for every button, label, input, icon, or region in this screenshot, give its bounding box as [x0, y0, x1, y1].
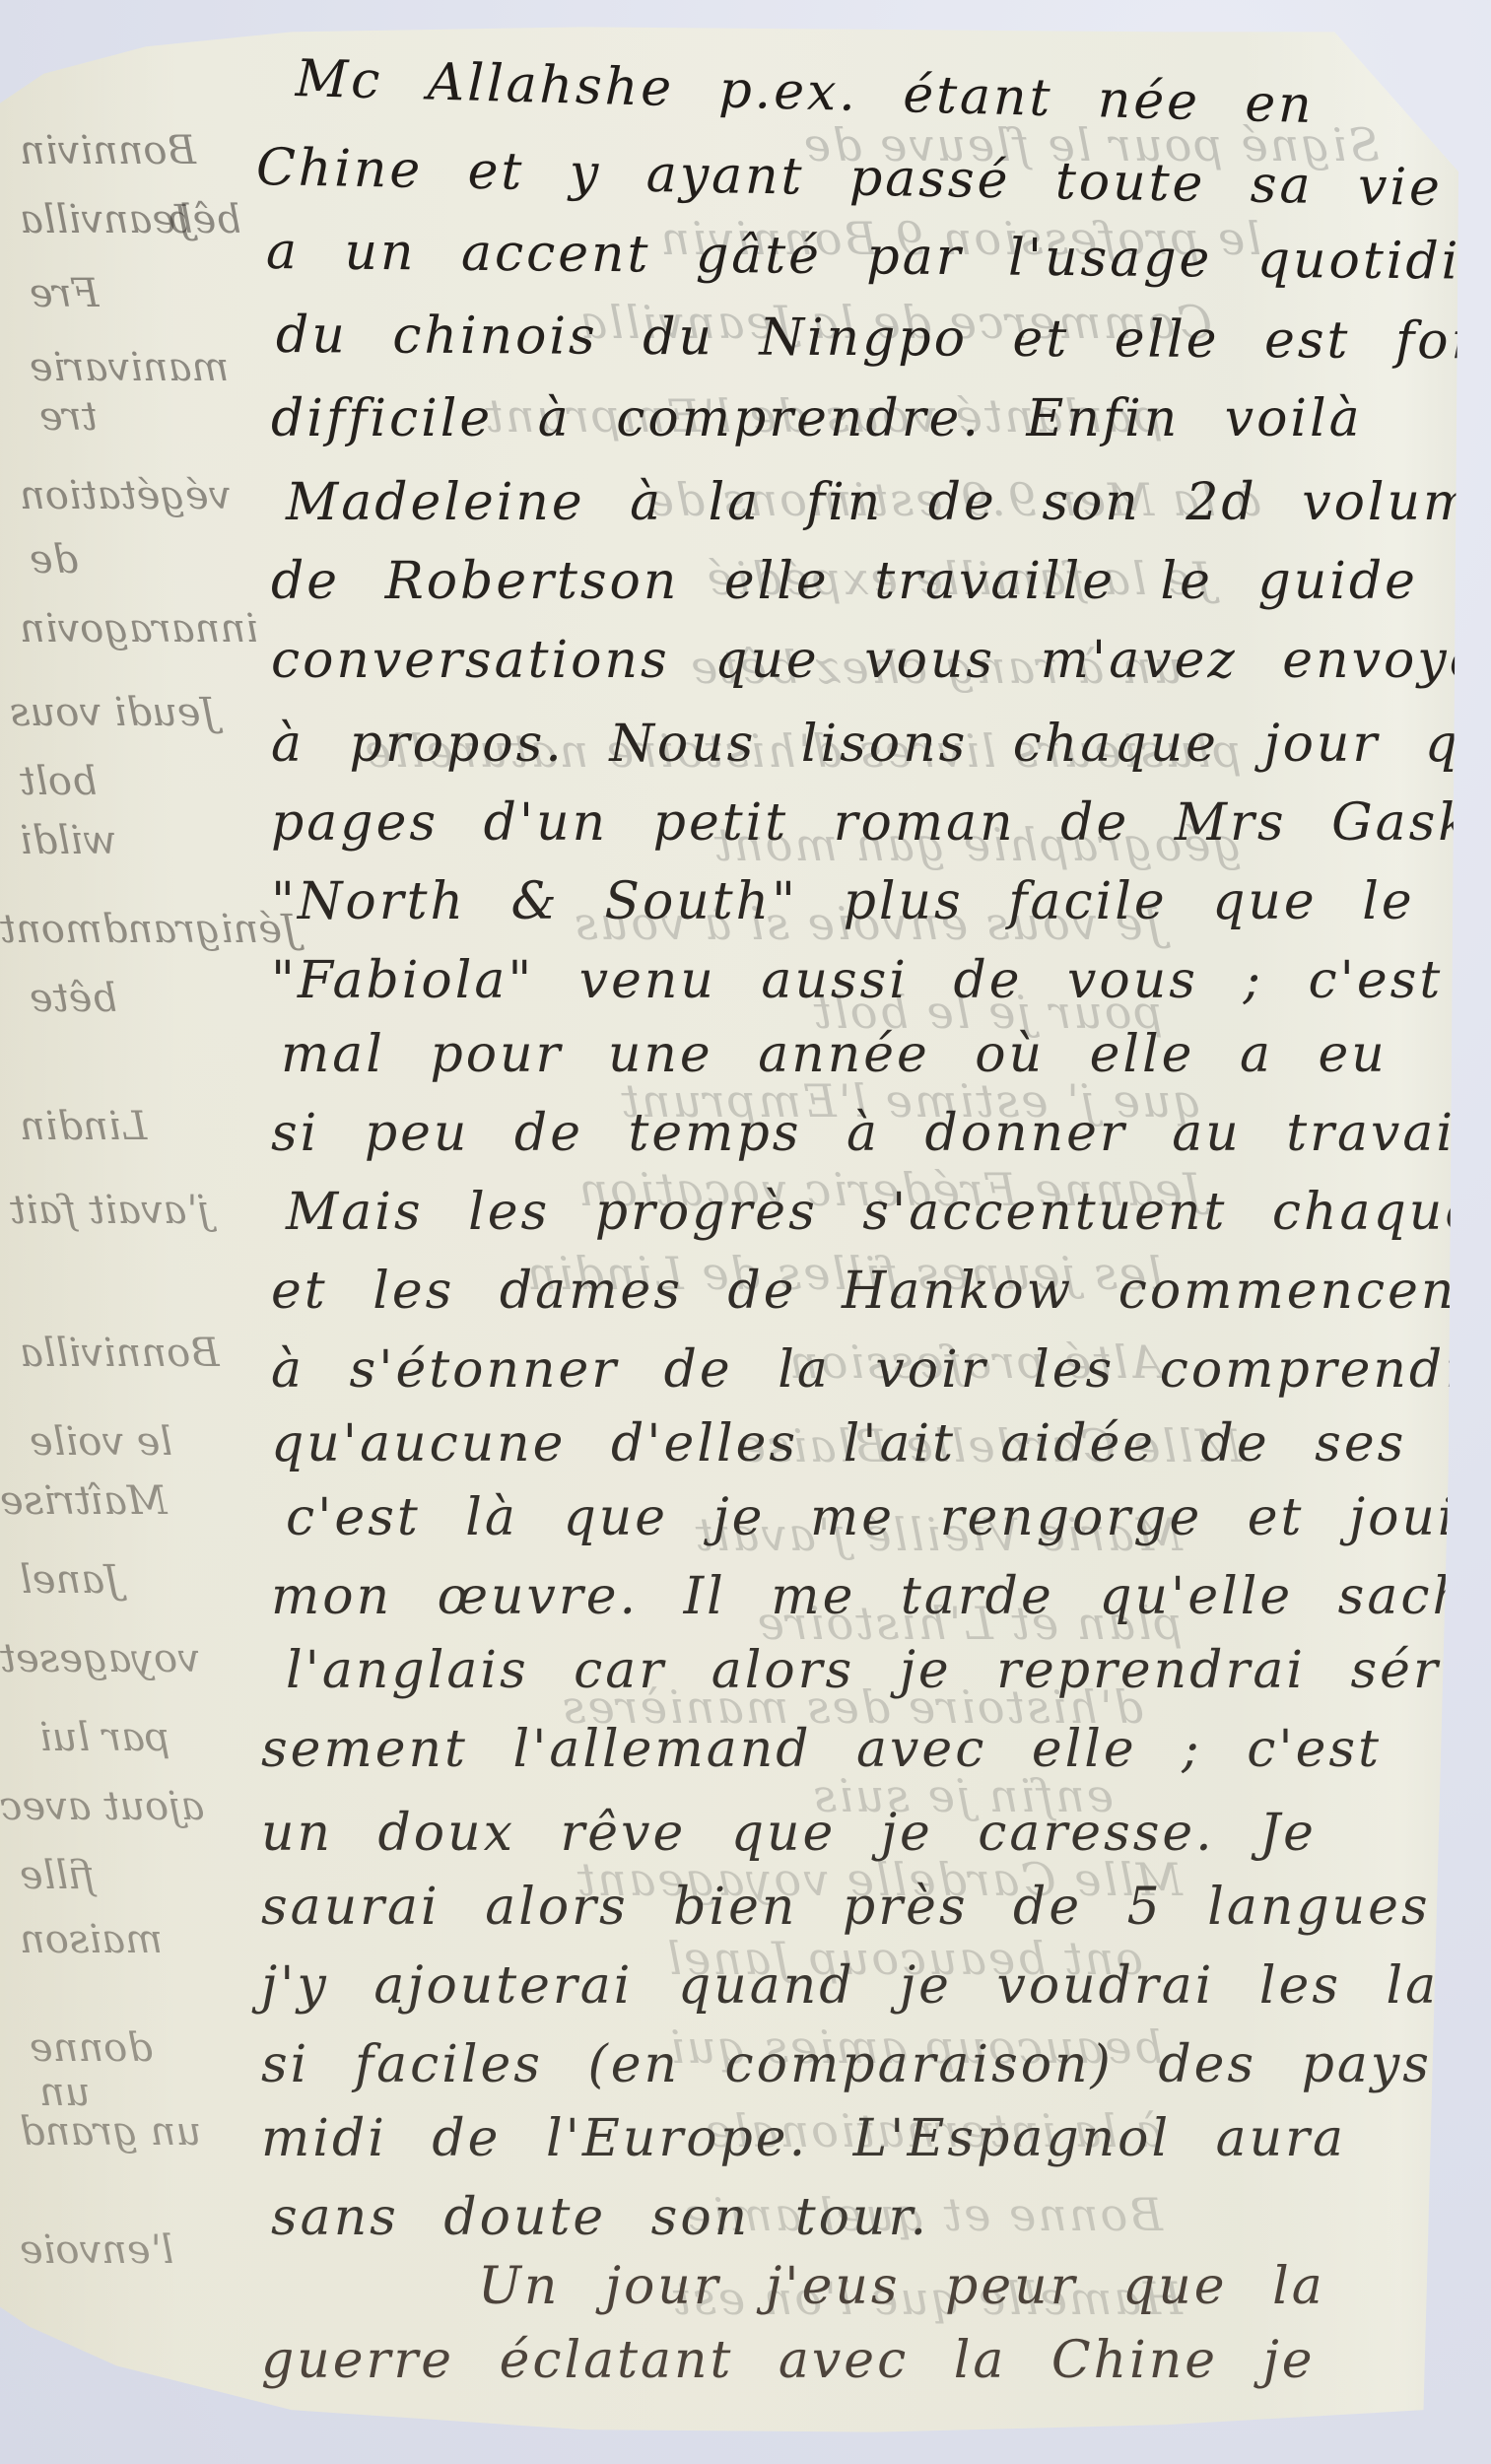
letter-line: l'anglais car alors je reprendrai sérieu…: [286, 1641, 1491, 1700]
letter-line: "Fabiola" venu aussi de vous ; c'est pas: [271, 951, 1491, 1010]
letter-page: Signé pour le fleuve de le profession 9 …: [0, 0, 1458, 2454]
letter-line: Chine et y ayant passé toute sa vie: [255, 138, 1443, 218]
letter-line: Mc Allahshe p.ex. étant née en: [295, 49, 1315, 135]
letter-line: du chinois du Ningpo et elle est fort: [276, 306, 1491, 372]
letter-line: Un jour j'eus peur que la: [478, 2257, 1325, 2316]
letter-line: un doux rêve que je caresse. Je: [261, 1804, 1317, 1863]
letter-line: pages d'un petit roman de Mrs Gaskell: [271, 793, 1491, 853]
letter-body: Mc Allahshe p.ex. étant née en Chine et …: [0, 0, 1458, 2454]
letter-line: j'y ajouterai quand je voudrai les langu…: [261, 1956, 1491, 2016]
letter-line: "North & South" plus facile que le class…: [271, 872, 1491, 931]
letter-line: mal pour une année où elle a eu: [281, 1025, 1388, 1084]
letter-line: de Robertson elle travaille le guide de: [271, 552, 1491, 611]
letter-line: saurai alors bien près de 5 langues et: [261, 1878, 1491, 1937]
letter-line: Mais les progrès s'accentuent chaque jou…: [286, 1183, 1491, 1242]
letter-line: midi de l'Europe. L'Espagnol aura: [261, 2109, 1346, 2168]
letter-line: c'est là que je me rengorge et jouis de: [286, 1488, 1491, 1547]
letter-line: qu'aucune d'elles l'ait aidée de ses leç…: [271, 1414, 1491, 1473]
letter-line: a un accent gâté par l'usage quotidien: [266, 222, 1491, 292]
letter-line: sement l'allemand avec elle ; c'est: [261, 1720, 1382, 1779]
letter-line: à propos. Nous lisons chaque jour q.q.: [271, 715, 1491, 774]
letter-line: sans doute son tour.: [271, 2188, 929, 2247]
letter-line: à s'étonner de la voir les comprendre sa…: [271, 1340, 1491, 1400]
letter-line: guerre éclatant avec la Chine je: [261, 2331, 1315, 2390]
letter-line: Madeleine à la fin de son 2d volume: [286, 473, 1491, 532]
letter-line: conversations que vous m'avez envoyé si: [271, 631, 1491, 690]
letter-line: si faciles (en comparaison) des pays du: [261, 2035, 1491, 2094]
letter-line: si peu de temps à donner au travail: [271, 1104, 1475, 1163]
letter-line: mon œuvre. Il me tarde qu'elle sache: [271, 1567, 1491, 1626]
letter-line: et les dames de Hankow commencent: [271, 1262, 1480, 1321]
letter-line: difficile à comprendre. Enfin voilà: [271, 389, 1363, 448]
